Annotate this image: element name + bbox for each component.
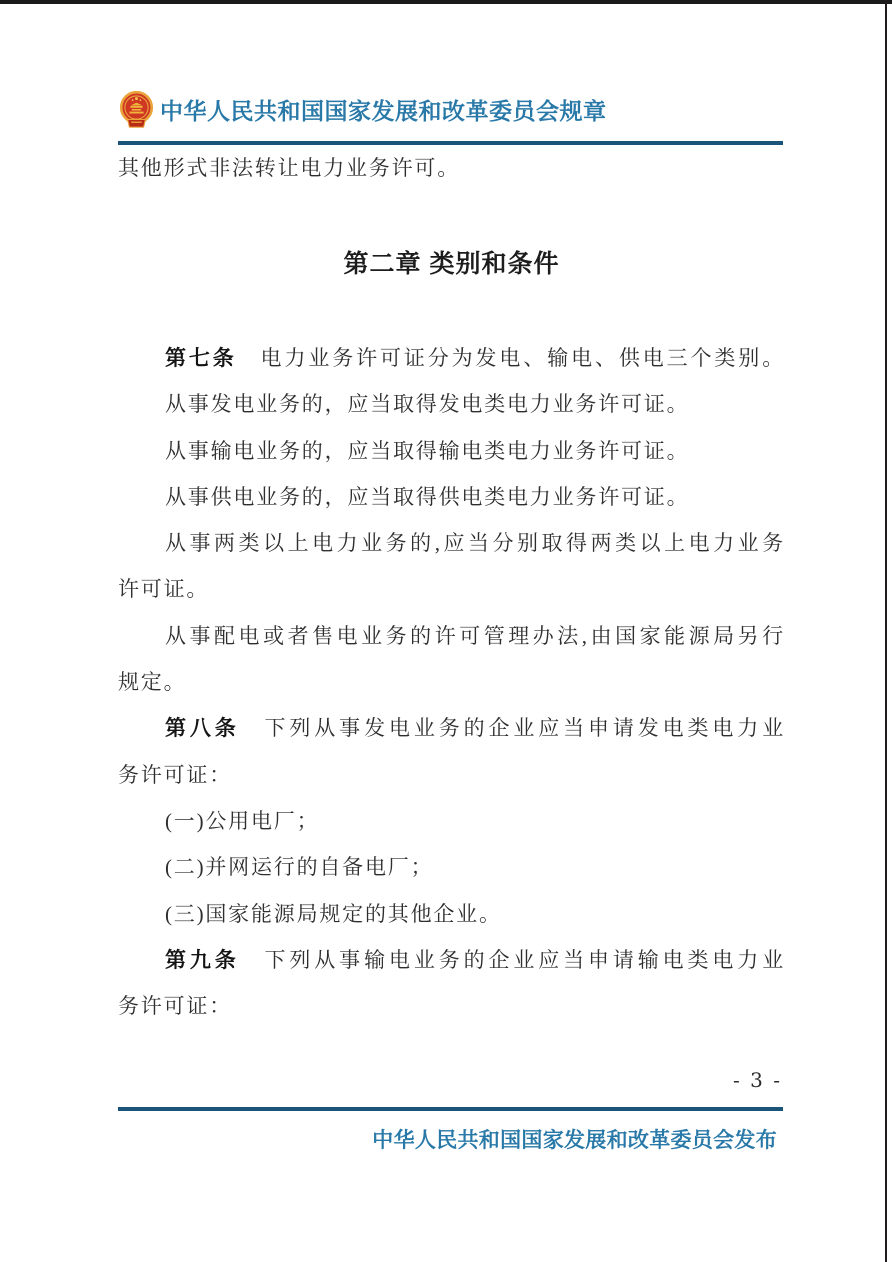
article-line-text: (一)公用电厂； bbox=[165, 809, 319, 833]
article-line-text: 规定。 bbox=[118, 670, 186, 694]
article-text-block: 第七条 电力业务许可证分为发电、输电、供电三个类别。 从事发电业务的，应当取得发… bbox=[118, 335, 785, 1029]
document-page: 中华人民共和国国家发展和改革委员会规章 其他形式非法转让电力业务许可。 第二章 … bbox=[0, 0, 892, 1262]
article-line: (三)国家能源局规定的其他企业。 bbox=[118, 891, 785, 937]
article-line: 从事配电或者售电业务的许可管理办法,由国家能源局另行 bbox=[118, 613, 785, 659]
article-line-text: 许可证。 bbox=[118, 577, 209, 601]
article-line: 务许可证： bbox=[118, 752, 785, 798]
article-line: 从事发电业务的，应当取得发电类电力业务许可证。 bbox=[118, 381, 785, 427]
article-line-text: 从事输电业务的，应当取得输电类电力业务许可证。 bbox=[165, 439, 689, 463]
article-line-text: 下列从事发电业务的企业应当申请发电类电力业 bbox=[240, 716, 785, 740]
footer-rule bbox=[118, 1107, 783, 1111]
article-line: 规定。 bbox=[118, 659, 785, 705]
article-line-text: (二)并网运行的自备电厂； bbox=[165, 855, 433, 879]
article-number: 第八条 bbox=[165, 717, 240, 740]
article-line: (一)公用电厂； bbox=[118, 798, 785, 844]
article-number: 第七条 bbox=[165, 347, 237, 370]
article-line: 许可证。 bbox=[118, 566, 785, 612]
china-national-emblem-icon bbox=[118, 90, 155, 129]
chapter-heading: 第二章 类别和条件 bbox=[118, 241, 785, 288]
continuation-line: 其他形式非法转让电力业务许可。 bbox=[118, 145, 785, 191]
article-line: 从事供电业务的，应当取得供电类电力业务许可证。 bbox=[118, 474, 785, 520]
article-line: 务许可证： bbox=[118, 983, 785, 1029]
article-line-text: 务许可证： bbox=[118, 763, 232, 787]
article-line-text: 务许可证： bbox=[118, 994, 232, 1018]
article-line-text: 从事发电业务的，应当取得发电类电力业务许可证。 bbox=[165, 392, 689, 416]
page-top-edge bbox=[0, 0, 892, 4]
article-line: 从事两类以上电力业务的,应当分别取得两类以上电力业务 bbox=[118, 520, 785, 566]
article-line: 第七条 电力业务许可证分为发电、输电、供电三个类别。 bbox=[118, 335, 785, 381]
article-line-text: 从事供电业务的，应当取得供电类电力业务许可证。 bbox=[165, 485, 689, 509]
article-line: (二)并网运行的自备电厂； bbox=[118, 844, 785, 890]
article-line: 第九条 下列从事输电业务的企业应当申请输电类电力业 bbox=[118, 937, 785, 983]
page-number: - 3 - bbox=[733, 1068, 782, 1092]
article-number: 第九条 bbox=[165, 949, 240, 972]
article-line: 从事输电业务的，应当取得输电类电力业务许可证。 bbox=[118, 428, 785, 474]
article-line-text: 从事配电或者售电业务的许可管理办法,由国家能源局另行 bbox=[165, 624, 785, 648]
article-line-text: (三)国家能源局规定的其他企业。 bbox=[165, 902, 502, 926]
article-line-text: 下列从事输电业务的企业应当申请输电类电力业 bbox=[240, 948, 785, 972]
publisher-line: 中华人民共和国国家发展和改革委员会发布 bbox=[372, 1124, 777, 1154]
article-line-text: 电力业务许可证分为发电、输电、供电三个类别。 bbox=[237, 346, 785, 370]
document-header-title: 中华人民共和国国家发展和改革委员会规章 bbox=[160, 93, 607, 126]
page-right-edge bbox=[885, 0, 887, 1262]
article-line-text: 从事两类以上电力业务的,应当分别取得两类以上电力业务 bbox=[165, 531, 785, 555]
article-line: 第八条 下列从事发电业务的企业应当申请发电类电力业 bbox=[118, 705, 785, 751]
document-header: 中华人民共和国国家发展和改革委员会规章 bbox=[118, 90, 607, 129]
